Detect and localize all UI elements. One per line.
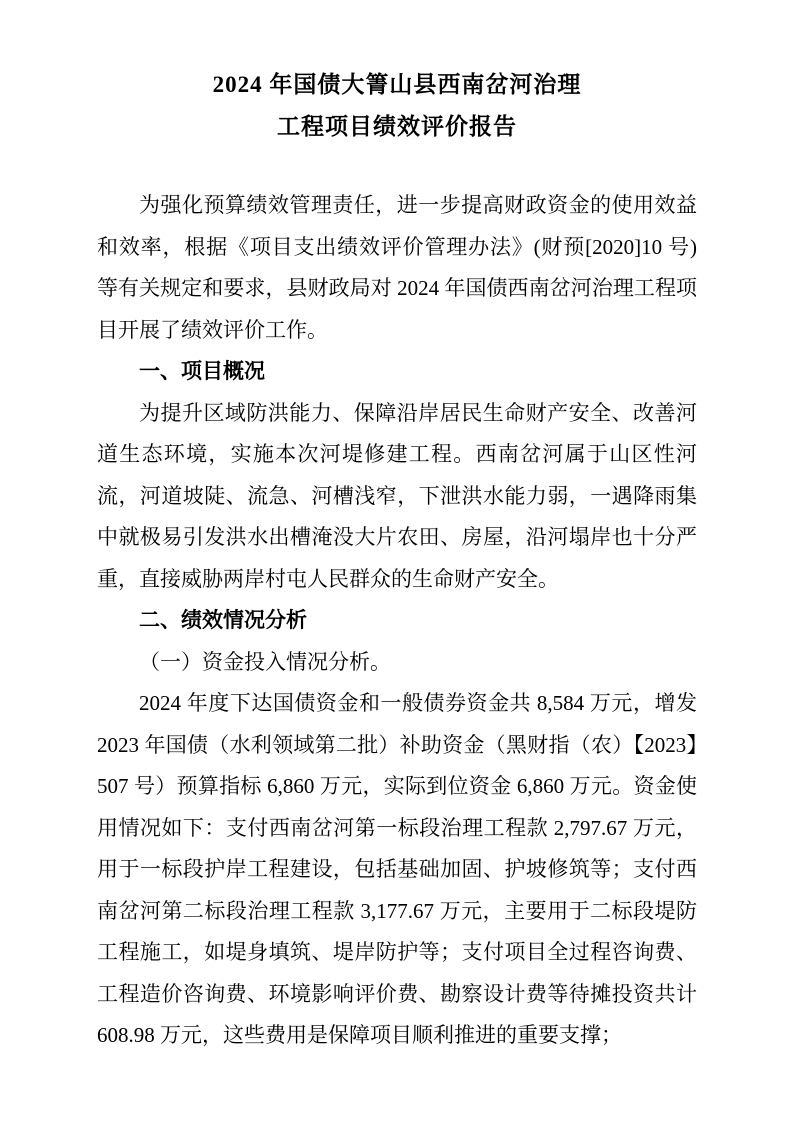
- document-title-line-1: 2024 年国债大箐山县西南岔河治理: [97, 64, 697, 106]
- paragraph-project-overview: 为提升区域防洪能力、保障沿岸居民生命财产安全、改善河道生态环境，实施本次河堤修建…: [97, 393, 697, 601]
- subsection-heading-funding-input-analysis: （一）资金投入情况分析。: [97, 642, 697, 684]
- document-body: 为强化预算绩效管理责任，进一步提高财政资金的使用效益和效率，根据《项目支出绩效评…: [97, 185, 697, 1057]
- document-title: 2024 年国债大箐山县西南岔河治理 工程项目绩效评价报告: [97, 64, 697, 148]
- document-title-line-2: 工程项目绩效评价报告: [97, 106, 697, 148]
- section-heading-project-overview: 一、项目概况: [97, 351, 697, 393]
- paragraph-preamble: 为强化预算绩效管理责任，进一步提高财政资金的使用效益和效率，根据《项目支出绩效评…: [97, 185, 697, 351]
- section-heading-performance-analysis: 二、绩效情况分析: [97, 600, 697, 642]
- paragraph-funding-analysis: 2024 年度下达国债资金和一般债券资金共 8,584 万元，增发 2023 年…: [97, 683, 697, 1057]
- document-page: 2024 年国债大箐山县西南岔河治理 工程项目绩效评价报告 为强化预算绩效管理责…: [0, 0, 793, 1122]
